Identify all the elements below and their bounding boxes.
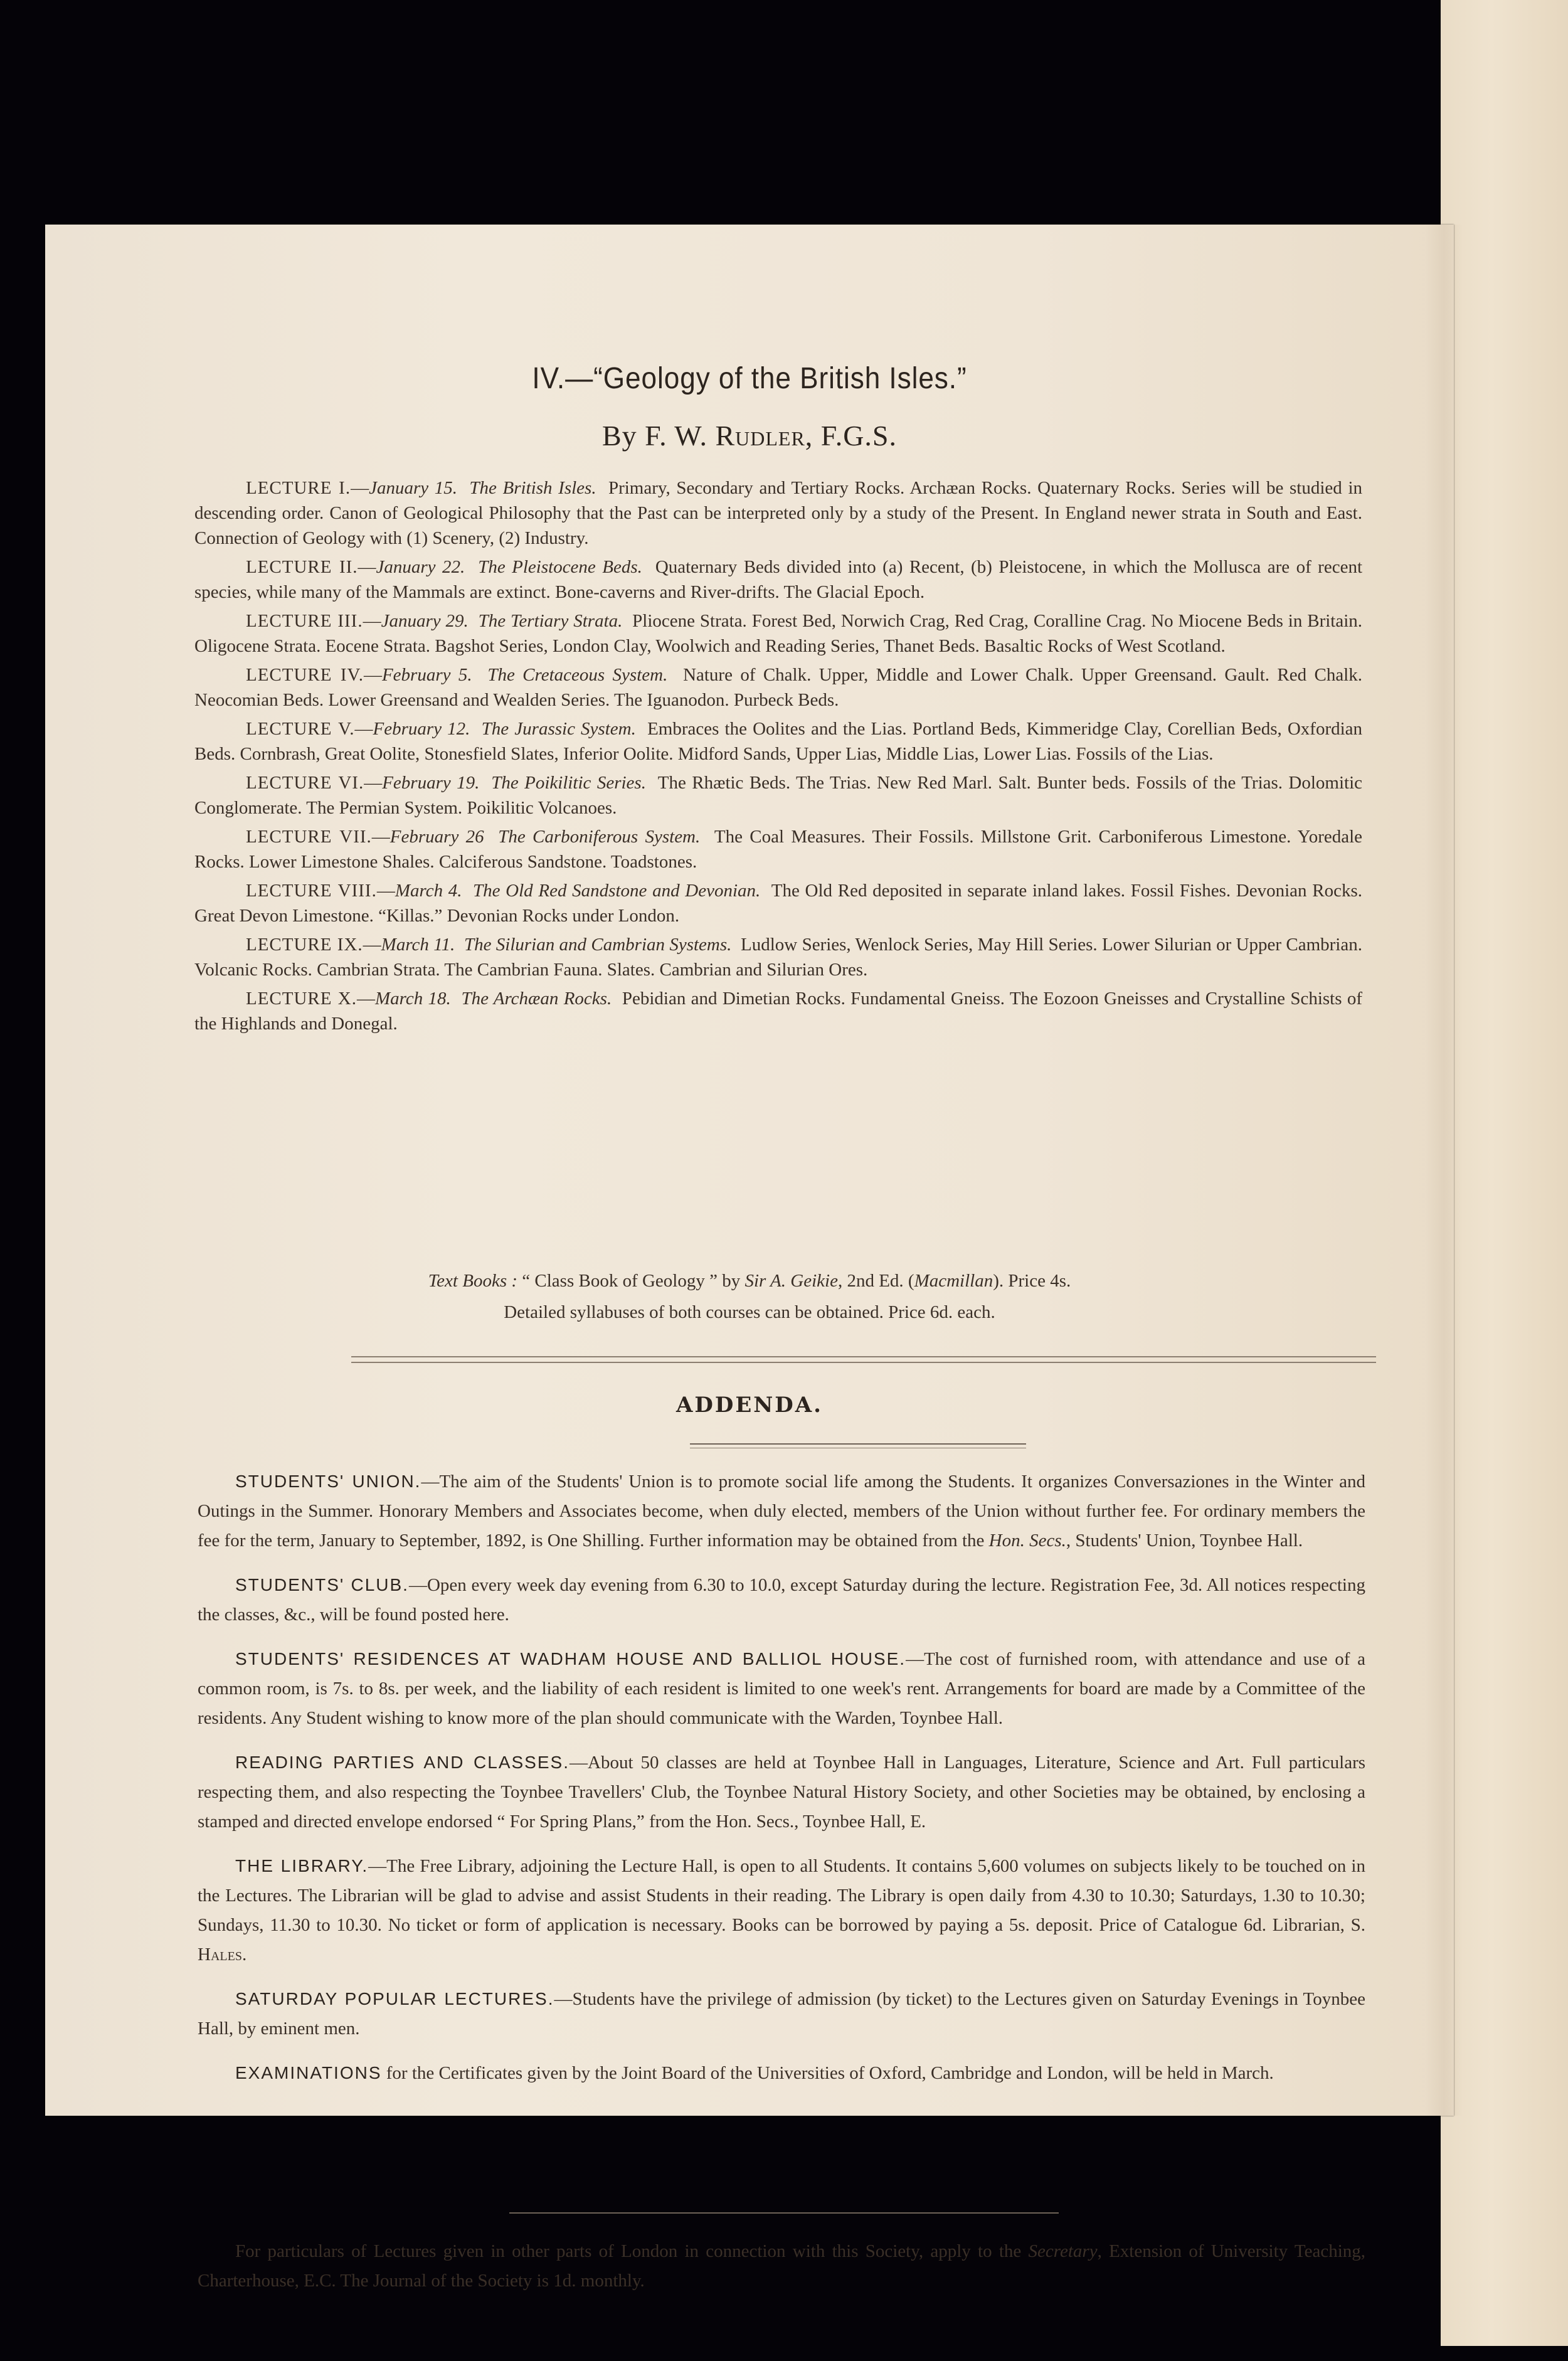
- textbook-publisher: Macmillan: [914, 1271, 993, 1291]
- addenda-item-saturday-lectures: SATURDAY POPULAR LECTURES.—Students have…: [198, 1984, 1365, 2044]
- addenda-item-heading: STUDENTS' RESIDENCES AT WADHAM HOUSE AND…: [235, 1649, 906, 1669]
- addenda-item-heading: STUDENTS' CLUB.: [235, 1575, 409, 1594]
- lecture-item: LECTURE X.—March 18. The Archæan Rocks. …: [194, 986, 1362, 1036]
- addenda-item-text: for the Certificates given by the Joint …: [382, 2063, 1274, 2083]
- lecture-item: LECTURE VI.—February 19. The Poikilitic …: [194, 770, 1362, 820]
- lecture-date: March 18.: [375, 989, 451, 1009]
- addenda-item-residences: STUDENTS' RESIDENCES AT WADHAM HOUSE AND…: [198, 1644, 1365, 1733]
- textbooks-line: Text Books : “ Class Book of Geology ” b…: [45, 1271, 1454, 1292]
- textbook-price: ). Price 4s.: [993, 1271, 1071, 1291]
- librarian-name: Hales.: [198, 1945, 246, 1965]
- lecture-topic: The Carboniferous System.: [498, 827, 700, 847]
- page-fold-shadow: [1425, 225, 1463, 2116]
- lecture-item: LECTURE IX.—March 11. The Silurian and C…: [194, 932, 1362, 982]
- textbook-title: “ Class Book of Geology ” by: [517, 1271, 744, 1291]
- footer-divider: [509, 2212, 1059, 2214]
- lecture-text: Ludlow Series, Wenlock Series, May Hill …: [194, 935, 1362, 980]
- addenda-item-text: —The Free Library, adjoining the Lecture…: [198, 1856, 1365, 1935]
- lecture-topic: The Old Red Sandstone and Devonian.: [473, 881, 760, 901]
- lecture-label: LECTURE III.: [246, 611, 363, 631]
- lecture-item: LECTURE VIII.—March 4. The Old Red Sands…: [194, 878, 1362, 928]
- lecture-date: January 29.: [381, 611, 469, 631]
- addenda-item-students-union: STUDENTS' UNION.—The aim of the Students…: [198, 1467, 1365, 1556]
- lecture-text: Quaternary Beds divided into (a) Recent,…: [194, 557, 1362, 602]
- addenda-heading: ADDENDA.: [45, 1393, 1454, 1418]
- lecture-topic: The Silurian and Cambrian Systems.: [464, 935, 731, 955]
- lecture-list: LECTURE I.—January 15. The British Isles…: [194, 475, 1362, 1040]
- addenda-item-text-end: , Students' Union, Toynbee Hall.: [1066, 1531, 1303, 1551]
- lecture-item: LECTURE II.—January 22. The Pleistocene …: [194, 554, 1362, 605]
- lecture-date: March 4.: [395, 881, 462, 901]
- section-divider: [351, 1356, 1376, 1363]
- lecture-item: LECTURE III.—January 29. The Tertiary St…: [194, 608, 1362, 659]
- textbooks-label: Text Books :: [428, 1271, 517, 1291]
- textbook-edition: , 2nd Ed. (: [838, 1271, 914, 1291]
- lecture-label: LECTURE IX.: [246, 935, 363, 955]
- lecture-text: Pliocene Strata. Forest Bed, Norwich Cra…: [194, 611, 1362, 656]
- lecture-date: February 12.: [373, 719, 470, 739]
- addenda-item-examinations: EXAMINATIONS for the Certificates given …: [198, 2058, 1365, 2088]
- lecture-topic: The Pleistocene Beds.: [478, 557, 642, 577]
- addenda-item-heading: SATURDAY POPULAR LECTURES.: [235, 1989, 554, 2008]
- lecture-date: January 15.: [369, 478, 457, 498]
- footer-note: For particulars of Lectures given in oth…: [198, 2237, 1365, 2296]
- lecture-date: February 19.: [382, 773, 479, 793]
- lecture-item: LECTURE IV.—February 5. The Cretaceous S…: [194, 662, 1362, 713]
- lecture-date: March 11.: [381, 935, 455, 955]
- lecture-date: February 26: [390, 827, 484, 847]
- lecture-topic: The Jurassic System.: [482, 719, 636, 739]
- footer-emphasis: Secretary: [1029, 2241, 1098, 2261]
- addenda-list: STUDENTS' UNION.—The aim of the Students…: [198, 1467, 1365, 2103]
- addenda-item-reading-parties: READING PARTIES AND CLASSES.—About 50 cl…: [198, 1748, 1365, 1837]
- addenda-item-heading: STUDENTS' UNION.: [235, 1472, 421, 1491]
- course-title: IV.—“Geology of the British Isles.”: [102, 361, 1397, 396]
- heading-underline: [690, 1443, 1026, 1448]
- footer-text: For particulars of Lectures given in oth…: [235, 2241, 1029, 2261]
- lecture-label: LECTURE I.: [246, 478, 351, 498]
- lecture-label: LECTURE II.: [246, 557, 358, 577]
- lecture-text: Pebidian and Dimetian Rocks. Fundamental…: [194, 989, 1362, 1034]
- addenda-item-students-club: STUDENTS' CLUB.—Open every week day even…: [198, 1570, 1365, 1630]
- byline-surname: Rudler: [715, 420, 805, 452]
- lecture-text: Nature of Chalk. Upper, Middle and Lower…: [194, 665, 1362, 710]
- lecture-topic: The British Isles.: [469, 478, 596, 498]
- author-byline: By F. W. Rudler, F.G.S.: [45, 419, 1454, 452]
- lecture-text: Embraces the Oolites and the Lias. Portl…: [194, 719, 1362, 764]
- lecture-topic: The Cretaceous System.: [487, 665, 667, 685]
- lecture-label: LECTURE X.: [246, 989, 357, 1009]
- lecture-topic: The Poikilitic Series.: [491, 773, 646, 793]
- lecture-label: LECTURE VII.: [246, 827, 372, 847]
- lecture-text: The Rhætic Beds. The Trias. New Red Marl…: [194, 773, 1362, 818]
- lecture-label: LECTURE VI.: [246, 773, 364, 793]
- addenda-item-heading: THE LIBRARY.: [235, 1856, 368, 1876]
- lecture-label: LECTURE V.: [246, 719, 355, 739]
- lecture-topic: The Tertiary Strata.: [479, 611, 623, 631]
- lecture-topic: The Archæan Rocks.: [461, 989, 612, 1009]
- document-page: IV.—“Geology of the British Isles.” By F…: [45, 225, 1454, 2116]
- lecture-date: January 22.: [376, 557, 465, 577]
- background-corner: [1441, 2346, 1568, 2361]
- lecture-item: LECTURE V.—February 12. The Jurassic Sys…: [194, 716, 1362, 767]
- textbook-author: Sir A. Geikie: [744, 1271, 837, 1291]
- lecture-label: LECTURE IV.: [246, 665, 364, 685]
- lecture-label: LECTURE VIII.: [246, 881, 377, 901]
- byline-prefix: By F. W.: [602, 420, 715, 452]
- addenda-item-heading: EXAMINATIONS: [235, 2063, 382, 2082]
- addenda-item-heading: READING PARTIES AND CLASSES.: [235, 1753, 569, 1772]
- addenda-item-emphasis: Hon. Secs.: [989, 1531, 1066, 1551]
- addenda-item-library: THE LIBRARY.—The Free Library, adjoining…: [198, 1851, 1365, 1970]
- byline-suffix: , F.G.S.: [805, 420, 897, 452]
- syllabus-note: Detailed syllabuses of both courses can …: [45, 1302, 1454, 1323]
- lecture-item: LECTURE VII.—February 26 The Carbonifero…: [194, 824, 1362, 874]
- lecture-item: LECTURE I.—January 15. The British Isles…: [194, 475, 1362, 551]
- lecture-date: February 5.: [382, 665, 472, 685]
